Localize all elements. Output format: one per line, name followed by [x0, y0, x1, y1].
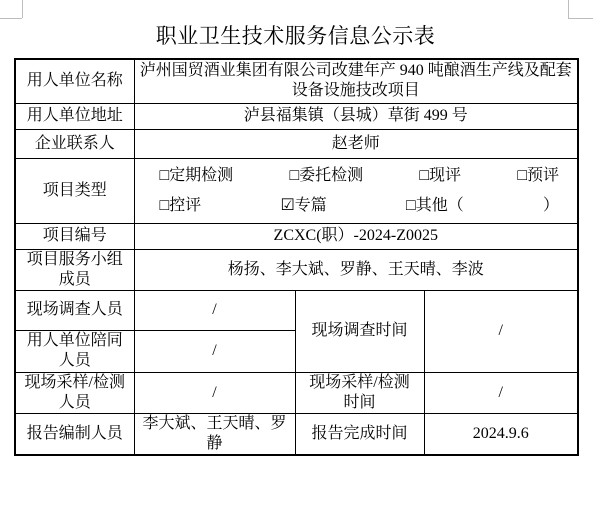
sampling-staff-value: / — [134, 372, 295, 413]
project-type-options: □定期检测 □委托检测 □现评 □预评 □控评 ☑专篇 □其他（ ） — [134, 158, 578, 223]
table-row: 项目编号 ZCXC(职）-2024-Z0025 — [15, 223, 578, 249]
employer-escort-value: / — [134, 330, 295, 372]
report-writers-value: 李大斌、王天晴、罗静 — [134, 413, 295, 455]
service-team-value: 杨扬、李大斌、罗静、王天晴、李波 — [134, 249, 578, 290]
checkbox-option-other[interactable]: □其他（ — [406, 196, 464, 216]
table-row: 报告编制人员 李大斌、王天晴、罗静 报告完成时间 2024.9.6 — [15, 413, 578, 455]
checkbox-icon[interactable]: □ — [289, 166, 299, 186]
crop-mark-top-left-horizontal — [0, 18, 22, 19]
checkbox-option-periodic-testing[interactable]: □定期检测 — [160, 166, 234, 186]
employer-name-label: 用人单位名称 — [15, 59, 134, 103]
page-title: 职业卫生技术服务信息公示表 — [14, 24, 577, 48]
close-paren-label: ） — [543, 196, 559, 216]
checkbox-icon[interactable]: □ — [406, 196, 416, 216]
site-survey-time-value: / — [424, 290, 578, 372]
report-writers-label: 报告编制人员 — [15, 413, 134, 455]
checkbox-option-special-chapter[interactable]: ☑专篇 — [280, 196, 326, 216]
table-row: 现场采样/检测人员 / 现场采样/检测时间 / — [15, 372, 578, 413]
employer-escort-label: 用人单位陪同人员 — [15, 330, 134, 372]
employer-address-value: 泸县福集镇（县城）草街 499 号 — [134, 103, 578, 129]
project-type-label: 项目类型 — [15, 158, 134, 223]
checkbox-option-pre-evaluation[interactable]: □预评 — [517, 166, 559, 186]
report-time-label: 报告完成时间 — [295, 413, 424, 455]
checkbox-label: 控评 — [169, 196, 201, 216]
crop-mark-top-right-horizontal — [568, 18, 593, 19]
site-survey-staff-value: / — [134, 290, 295, 330]
checkbox-option-current-evaluation[interactable]: □现评 — [419, 166, 461, 186]
publicity-table: 用人单位名称 泸州国贸酒业集团有限公司改建年产 940 吨酿酒生产线及配套设备设… — [14, 58, 579, 456]
project-type-options-line1: □定期检测 □委托检测 □现评 □预评 — [141, 161, 572, 191]
sampling-time-value: / — [424, 372, 578, 413]
table-row: 现场调查人员 / 现场调查时间 / — [15, 290, 578, 330]
checkbox-icon[interactable]: □ — [160, 166, 170, 186]
site-survey-time-label: 现场调查时间 — [295, 290, 424, 372]
checkbox-icon[interactable]: □ — [160, 196, 170, 216]
checkbox-label: 其他（ — [416, 196, 464, 216]
checkbox-label: 预评 — [527, 166, 559, 186]
report-time-value: 2024.9.6 — [424, 413, 578, 455]
checkbox-label: 委托检测 — [299, 166, 363, 186]
contact-label: 企业联系人 — [15, 129, 134, 158]
employer-address-label: 用人单位地址 — [15, 103, 134, 129]
checkbox-label: 专篇 — [295, 196, 327, 216]
contact-value: 赵老师 — [134, 129, 578, 158]
checkbox-option-entrusted-testing[interactable]: □委托检测 — [289, 166, 363, 186]
checkbox-option-control-evaluation[interactable]: □控评 — [160, 196, 202, 216]
checkbox-icon[interactable]: □ — [517, 166, 527, 186]
checkbox-label: 定期检测 — [169, 166, 233, 186]
checkbox-label: 现评 — [429, 166, 461, 186]
sampling-time-label: 现场采样/检测时间 — [295, 372, 424, 413]
service-team-label: 项目服务小组成员 — [15, 249, 134, 290]
employer-name-value: 泸州国贸酒业集团有限公司改建年产 940 吨酿酒生产线及配套设备设施技改项目 — [134, 59, 578, 103]
sampling-staff-label: 现场采样/检测人员 — [15, 372, 134, 413]
table-row: 企业联系人 赵老师 — [15, 129, 578, 158]
table-row: 项目服务小组成员 杨扬、李大斌、罗静、王天晴、李波 — [15, 249, 578, 290]
project-number-value: ZCXC(职）-2024-Z0025 — [134, 223, 578, 249]
crop-mark-top-left-vertical — [22, 0, 23, 18]
table-row: 用人单位地址 泸县福集镇（县城）草街 499 号 — [15, 103, 578, 129]
site-survey-staff-label: 现场调查人员 — [15, 290, 134, 330]
project-number-label: 项目编号 — [15, 223, 134, 249]
checkbox-icon[interactable]: □ — [419, 166, 429, 186]
table-row: 项目类型 □定期检测 □委托检测 □现评 □预评 □控评 ☑专篇 □其他（ ） — [15, 158, 578, 223]
document-page: 职业卫生技术服务信息公示表 用人单位名称 泸州国贸酒业集团有限公司改建年产 94… — [0, 0, 611, 511]
checkbox-checked-icon[interactable]: ☑ — [280, 196, 294, 216]
other-option-close-paren: ） — [543, 196, 559, 216]
crop-mark-top-right-vertical — [568, 0, 569, 18]
project-type-options-line2: □控评 ☑专篇 □其他（ ） — [141, 191, 572, 221]
table-row: 用人单位名称 泸州国贸酒业集团有限公司改建年产 940 吨酿酒生产线及配套设备设… — [15, 59, 578, 103]
